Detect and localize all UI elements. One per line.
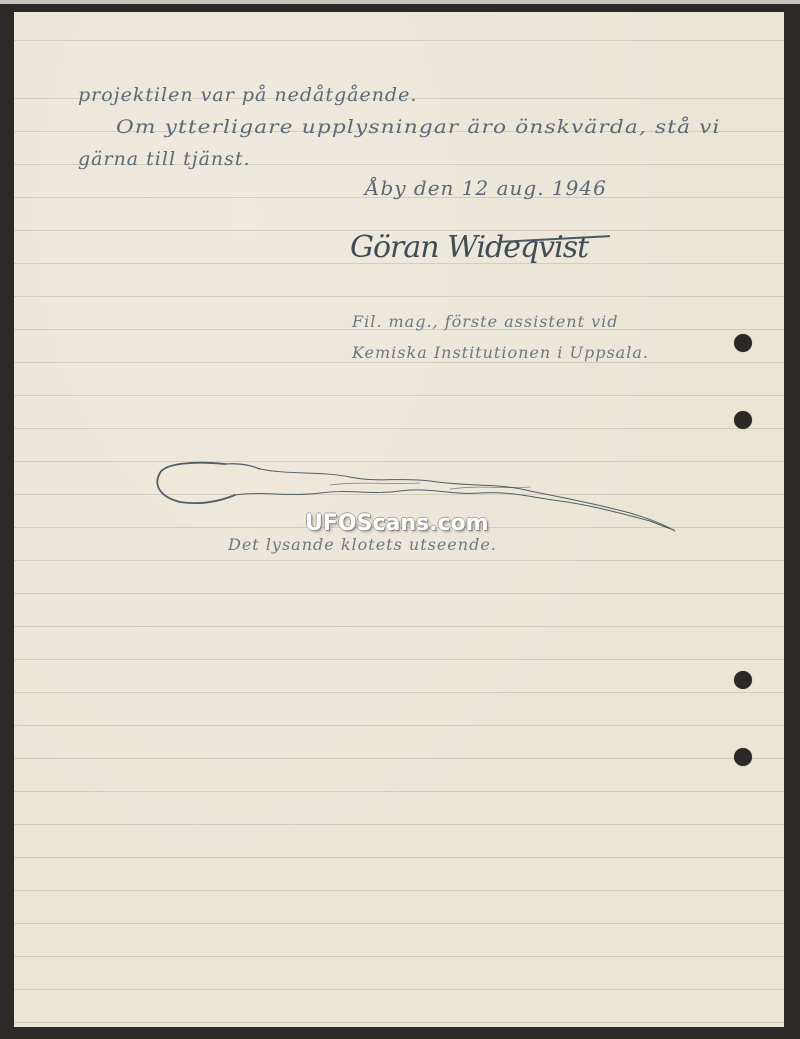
body-line-1: projektilen var på nedåtgående.: [78, 84, 417, 106]
hole-punch-3: [734, 671, 752, 689]
signature: Göran Wideqvist: [350, 230, 588, 265]
hole-punch-2: [734, 411, 752, 429]
hole-punch-4: [734, 748, 752, 766]
scan-edge: [0, 0, 800, 4]
credentials-line-1: Fil. mag., förste assistent vid: [352, 312, 619, 331]
hole-punch-1: [734, 334, 752, 352]
dateline: Åby den 12 aug. 1946: [365, 176, 607, 200]
body-line-2: Om ytterligare upplysningar äro önskvärd…: [116, 116, 721, 138]
body-line-3: gärna till tjänst.: [78, 148, 251, 170]
credentials-line-2: Kemiska Institutionen i Uppsala.: [352, 343, 649, 362]
sketch-caption: Det lysande klotets utseende.: [228, 535, 497, 554]
watermark: UFOScans.com: [305, 511, 489, 536]
